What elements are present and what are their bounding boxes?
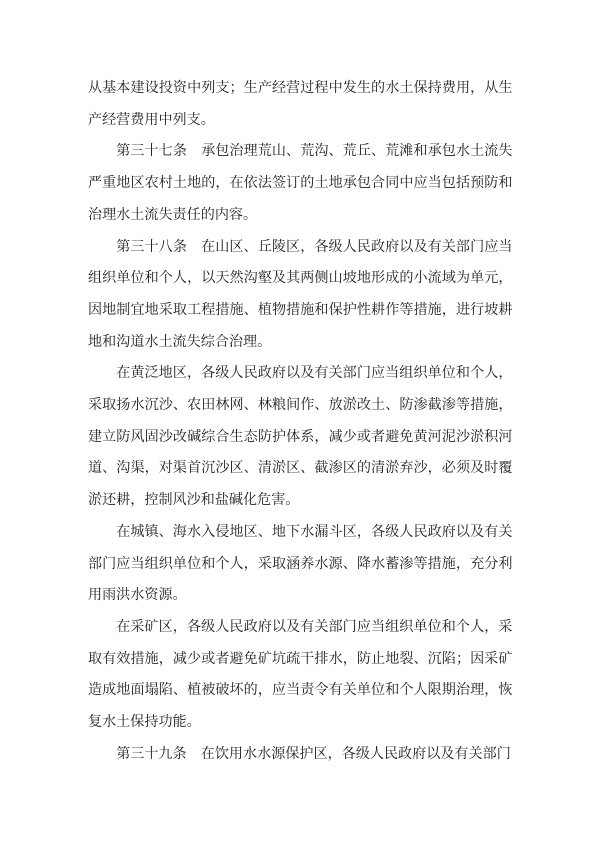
document-body: 从基本建设投资中列支；生产经营过程中发生的水土保持费用，从生产经营费用中列支。第… xyxy=(88,73,513,770)
article-number: 第三十九条 xyxy=(116,746,186,762)
paragraph-text: 从基本建设投资中列支；生产经营过程中发生的水土保持费用，从生产经营费用中列支。 xyxy=(88,80,513,128)
article-number: 第三十八条 xyxy=(116,239,187,255)
paragraph-text: 在山区、丘陵区，各级人民政府以及有关部门应当组织单位和个人，以天然沟壑及其两侧山… xyxy=(88,239,513,350)
document-paragraph: 第三十七条承包治理荒山、荒沟、荒丘、荒滩和承包水土流失严重地区农村土地的，在依法… xyxy=(88,136,513,231)
paragraph-text: 在城镇、海水入侵地区、地下水漏斗区，各级人民政府以及有关部门应当组织单位和个人，… xyxy=(88,524,513,603)
document-paragraph: 第三十八条在山区、丘陵区，各级人民政府以及有关部门应当组织单位和个人，以天然沟壑… xyxy=(88,232,513,359)
document-paragraph: 第三十九条在饮用水水源保护区，各级人民政府以及有关部门 xyxy=(88,739,513,771)
document-paragraph: 从基本建设投资中列支；生产经营过程中发生的水土保持费用，从生产经营费用中列支。 xyxy=(88,73,513,136)
document-paragraph: 在采矿区，各级人民政府以及有关部门应当组织单位和个人，采取有效措施，减少或者避免… xyxy=(88,612,513,739)
paragraph-text: 在饮用水水源保护区，各级人民政府以及有关部门 xyxy=(201,746,511,762)
document-paragraph: 在城镇、海水入侵地区、地下水漏斗区，各级人民政府以及有关部门应当组织单位和个人，… xyxy=(88,517,513,612)
paragraph-text: 在采矿区，各级人民政府以及有关部门应当组织单位和个人，采取有效措施，减少或者避免… xyxy=(88,619,513,730)
document-page: 从基本建设投资中列支；生产经营过程中发生的水土保持费用，从生产经营费用中列支。第… xyxy=(0,0,600,848)
document-paragraph: 在黄泛地区，各级人民政府以及有关部门应当组织单位和个人，采取扬水沉沙、农田林网、… xyxy=(88,358,513,517)
paragraph-text: 在黄泛地区，各级人民政府以及有关部门应当组织单位和个人，采取扬水沉沙、农田林网、… xyxy=(88,365,513,508)
article-number: 第三十七条 xyxy=(116,143,187,159)
